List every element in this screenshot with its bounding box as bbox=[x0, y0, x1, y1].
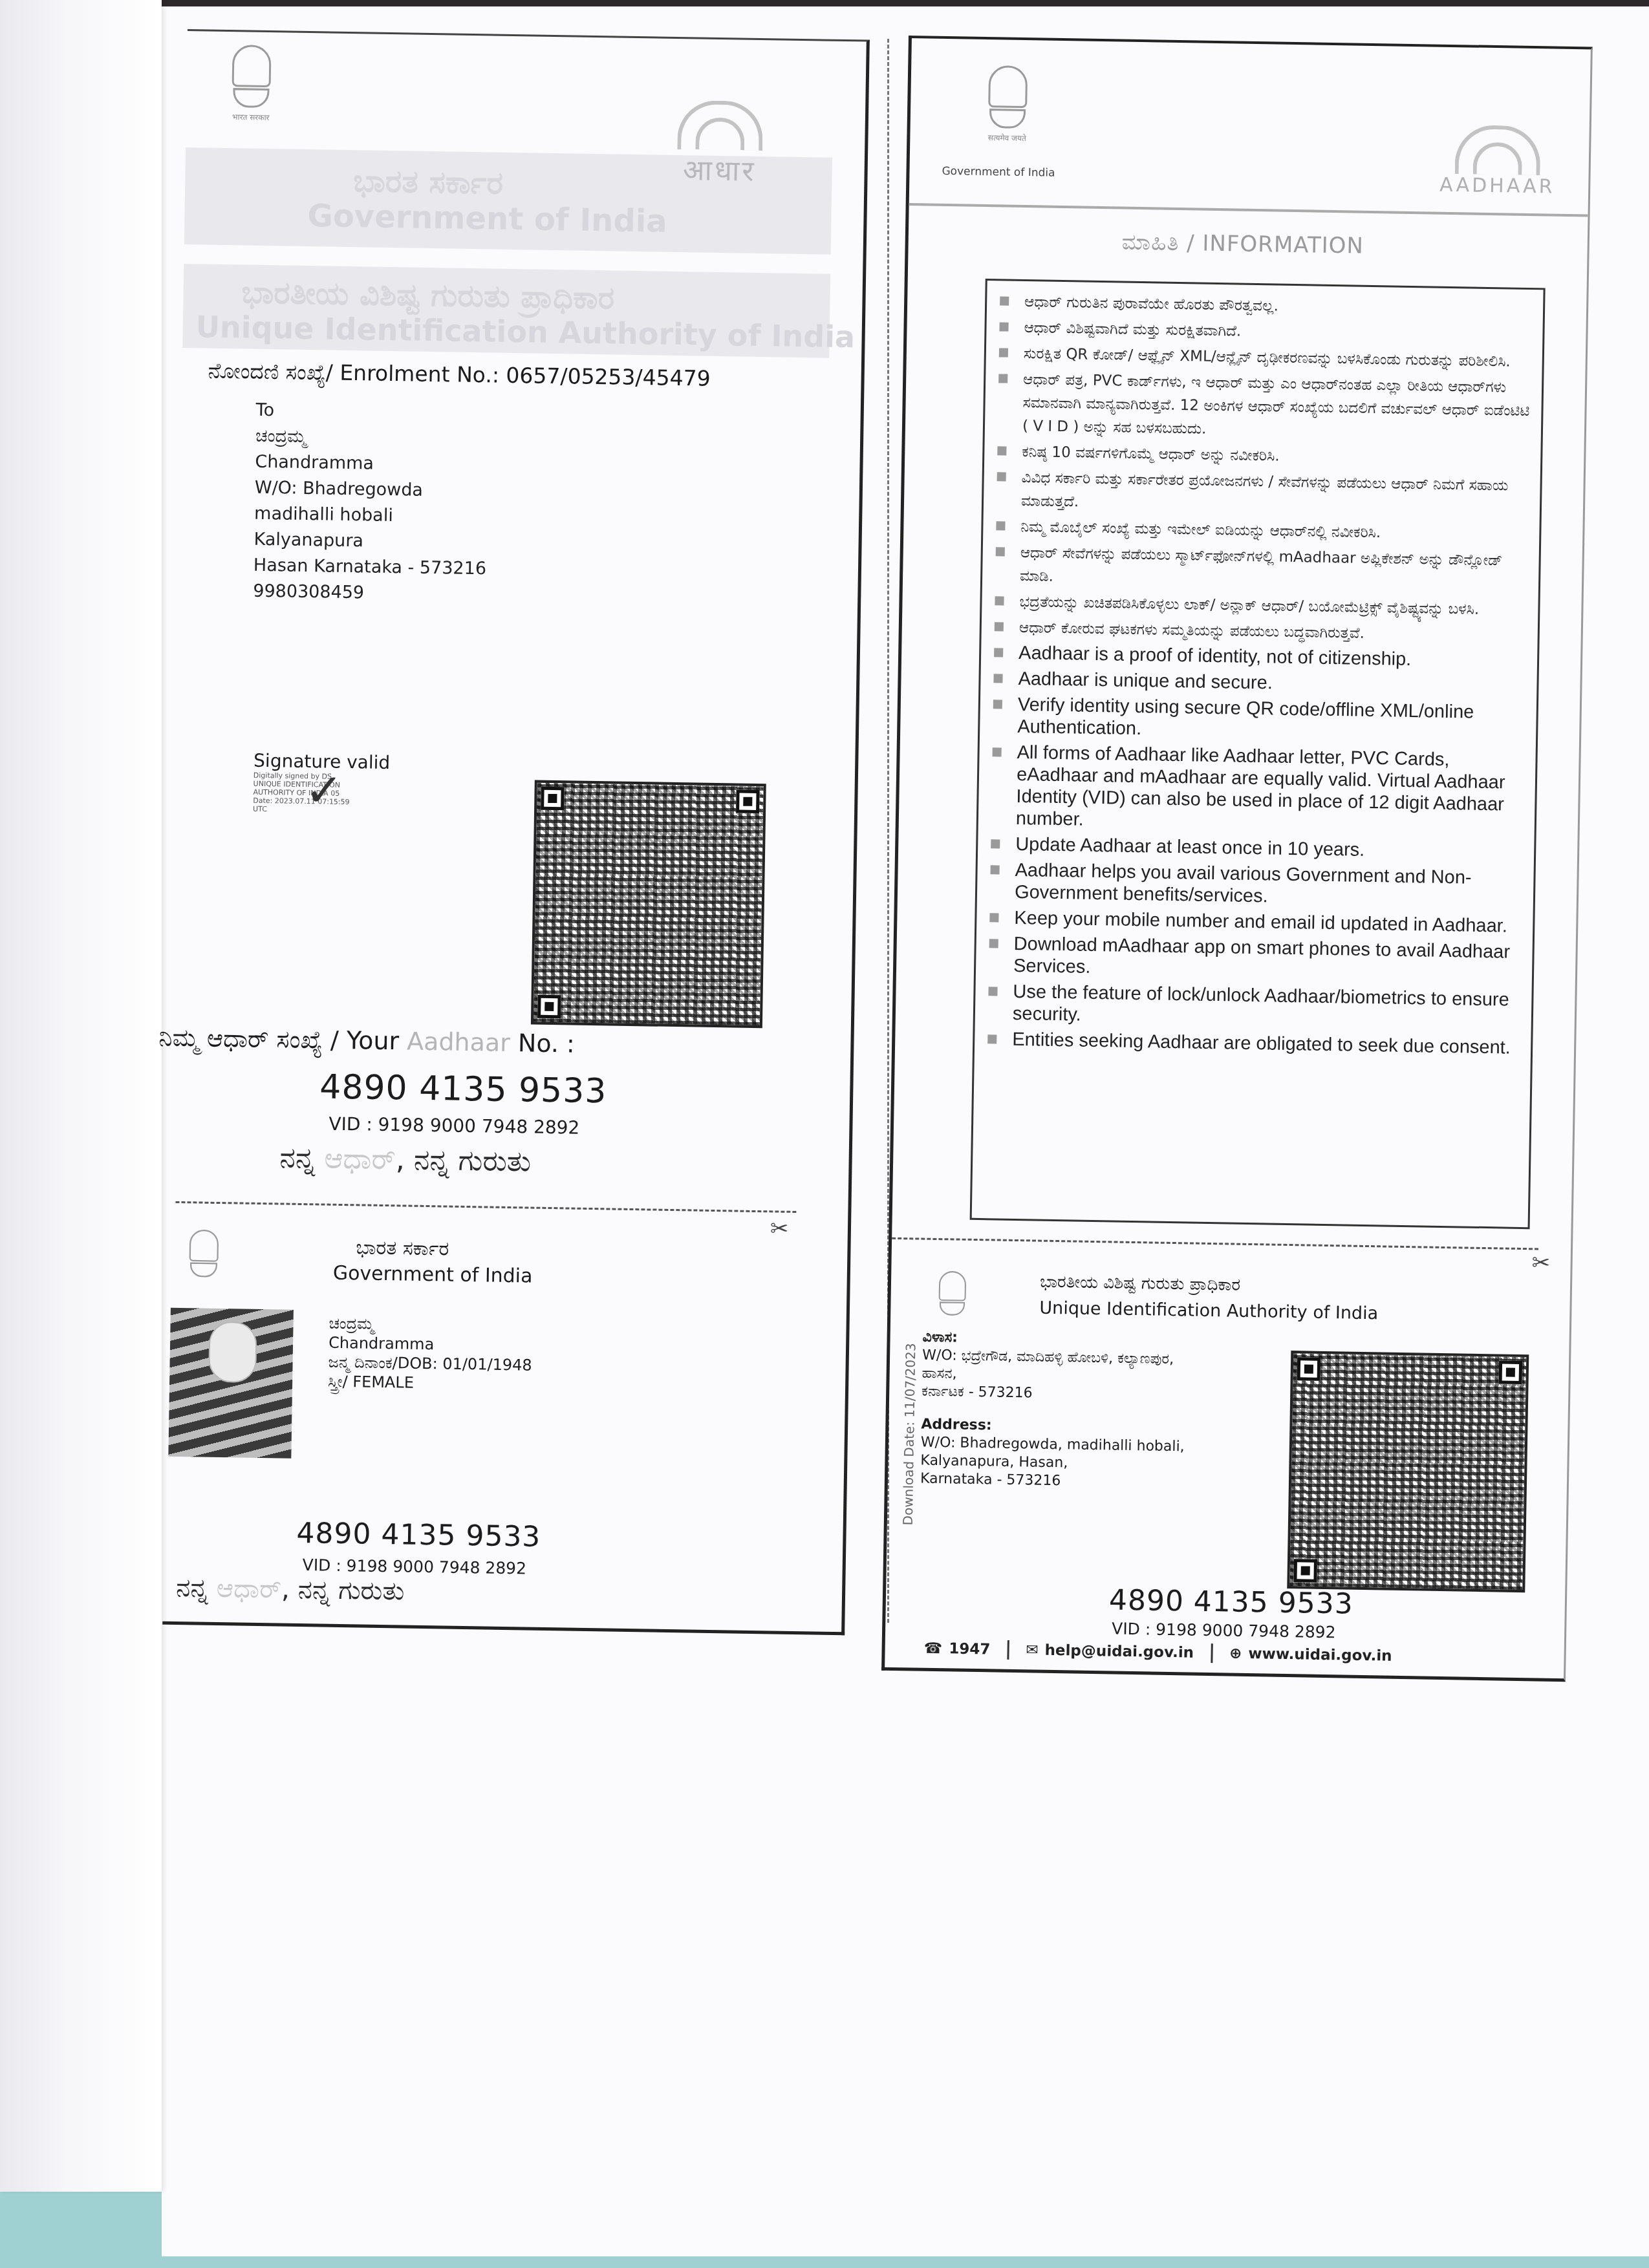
aadhaar-letter-left: भारत सरकार आधार ಭಾರತ ಸರ್ಕಾರ Government o… bbox=[162, 29, 870, 1635]
information-list: ಆಧಾರ್ ಗುರುತಿನ ಪುರಾವೆಯೇ ಹೊರತು ಪೌರತ್ವವಲ್ಲ.… bbox=[975, 281, 1544, 1059]
holder-details: ಚಂದ್ರಮ್ಮ Chandramma ಜನ್ಮ ದಿನಾಂಕ/DOB: 01/… bbox=[328, 1314, 533, 1395]
info-item-en: Download mAadhaar app on smart phones to… bbox=[989, 932, 1521, 985]
folded-page-edge bbox=[0, 0, 162, 2192]
info-item-en: Entities seeking Aadhaar are obligated t… bbox=[987, 1028, 1519, 1059]
enrolment-label: ನೋಂದಣಿ ಸಂಖ್ಯೆ/ Enrolment No.: bbox=[208, 358, 499, 388]
tagline: ನನ್ನ ಆಧಾರ್, ನನ್ನ ಗುರುತು bbox=[279, 1141, 531, 1178]
info-item-en: Keep your mobile number and email id upd… bbox=[989, 906, 1521, 937]
qr-code bbox=[531, 780, 766, 1029]
holder-dob: ಜನ್ಮ ದಿನಾಂಕ/DOB: 01/01/1948 bbox=[328, 1353, 532, 1375]
telephone-icon: ☎ bbox=[923, 1640, 942, 1657]
back-authority-en: Unique Identification Authority of India bbox=[1039, 1298, 1378, 1324]
scissors-icon: ✂ bbox=[1531, 1250, 1550, 1276]
fingerprint-icon bbox=[677, 100, 763, 151]
address-kn-block: ವಿಳಾಸ: W/O: ಭದ್ರೇಗೌಡ, ಮಾದಿಹಳ್ಳಿ ಹೋಬಳಿ, ಕ… bbox=[921, 1329, 1174, 1405]
info-item-en: Aadhaar is unique and secure. bbox=[993, 667, 1525, 698]
name-en: Chandramma bbox=[255, 449, 488, 479]
your-aadhaar-no-label: ನಿಮ್ಮ ಆಧಾರ್ ಸಂಖ್ಯೆ / Your Aadhaar No. : bbox=[158, 1023, 575, 1058]
name-kn: ಚಂದ್ರಮ್ಮ bbox=[255, 423, 489, 453]
back-vid-number: VID : 9198 9000 7948 2892 bbox=[1112, 1620, 1336, 1642]
info-item-en: Update Aadhaar at least once in 10 years… bbox=[991, 833, 1522, 864]
national-emblem-icon: सत्यमेव जयते bbox=[981, 65, 1034, 144]
checkmark-icon: ✓ bbox=[305, 764, 343, 817]
mobile-number: 9980308459 bbox=[253, 579, 486, 608]
fingerprint-icon bbox=[1455, 125, 1541, 175]
holder-name-en: Chandramma bbox=[329, 1333, 533, 1356]
divider bbox=[1211, 1643, 1212, 1663]
address-line: Kalyanapura bbox=[253, 527, 487, 557]
aadhaar-info-right: सत्यमेव जयते Government of India AADHAAR… bbox=[881, 36, 1593, 1682]
aadhaar-number: 4890 4135 9533 bbox=[319, 1067, 607, 1111]
info-item-en: Aadhaar helps you avail various Governme… bbox=[990, 859, 1522, 912]
info-item-en: Verify identity using secure QR code/off… bbox=[993, 693, 1525, 746]
address-line: madihalli hobali bbox=[254, 501, 488, 531]
information-list-box: ಆಧಾರ್ ಗುರುತಿನ ಪುರಾವೆಯೇ ಹೊರತು ಪೌರತ್ವವಲ್ಲ.… bbox=[970, 279, 1546, 1229]
address-en-line: Karnataka - 573216 bbox=[920, 1470, 1184, 1493]
national-emblem-icon bbox=[934, 1266, 971, 1321]
back-authority-kn: ಭಾರತೀಯ ವಿಶಿಷ್ಟ ಗುರುತು ಪ್ರಾಧಿಕಾರ bbox=[1040, 1272, 1240, 1296]
info-item-kn: ಆಧಾರ್ ಪತ್ರ, PVC ಕಾರ್ಡ್‌ಗಳು, ಇ ಆಧಾರ್ ಮತ್ತ… bbox=[998, 367, 1531, 446]
website-link[interactable]: ⊕www.uidai.gov.in bbox=[1229, 1645, 1392, 1665]
vid-number: VID : 9198 9000 7948 2892 bbox=[329, 1113, 579, 1139]
national-emblem-icon: भारत सरकार bbox=[225, 45, 278, 123]
header-divider bbox=[909, 203, 1588, 217]
to-label: To bbox=[255, 398, 489, 427]
contact-footer: ☎1947 ✉help@uidai.gov.in ⊕www.uidai.gov.… bbox=[923, 1639, 1392, 1666]
download-date: Download Date: 11/07/2023 bbox=[900, 1343, 919, 1525]
info-item-en: Use the feature of lock/unlock Aadhaar/b… bbox=[988, 980, 1520, 1033]
enrolment-number: 0657/05253/45479 bbox=[506, 363, 711, 391]
cut-line bbox=[892, 1237, 1538, 1250]
info-item-kn: ಆಧಾರ್ ಸೇವೆಗಳನ್ನು ಪಡೆಯಲು ಸ್ಮಾರ್ಟ್‌ಫೋನ್‌ಗಳ… bbox=[995, 540, 1527, 596]
address-kn-line: ಕರ್ನಾಟಕ - 573216 bbox=[921, 1383, 1173, 1405]
national-emblem-icon bbox=[184, 1224, 224, 1283]
faded-header-en: Government of India bbox=[307, 198, 667, 240]
front-aadhaar-number: 4890 4135 9533 bbox=[296, 1517, 541, 1554]
holder-gender: ಸ್ತ್ರೀ/ FEMALE bbox=[328, 1372, 532, 1395]
address-line: W/O: Bhadregowda bbox=[255, 475, 488, 505]
digital-signature-block: Signature valid Digitally signed by DS U… bbox=[253, 750, 391, 815]
front-gov-en: Government of India bbox=[333, 1262, 533, 1288]
info-gov-en: Government of India bbox=[942, 165, 1055, 180]
email-link[interactable]: ✉help@uidai.gov.in bbox=[1026, 1642, 1194, 1661]
address-line: Hasan Karnataka - 573216 bbox=[253, 553, 487, 583]
info-title: ಮಾಹಿತಿ / INFORMATION bbox=[1121, 230, 1364, 259]
aadhaar-fingerprint-logo: AADHAAR bbox=[1439, 125, 1556, 198]
info-item-en: All forms of Aadhaar like Aadhaar letter… bbox=[991, 741, 1524, 838]
faded-header-kn: ಭಾರತ ಸರ್ಕಾರ bbox=[353, 163, 503, 202]
address-en-block: Address: W/O: Bhadregowda, madihalli hob… bbox=[920, 1416, 1185, 1493]
front-tagline: ನನ್ನ ಆಧಾರ್, ನನ್ನ ಗುರುತು bbox=[176, 1573, 405, 1607]
enrolment-number-row: ನೋಂದಣಿ ಸಂಖ್ಯೆ/ Enrolment No.: 0657/05253… bbox=[208, 358, 711, 392]
recipient-address: To ಚಂದ್ರಮ್ಮ Chandramma W/O: Bhadregowda … bbox=[253, 398, 489, 608]
back-aadhaar-number: 4890 4135 9533 bbox=[1108, 1583, 1353, 1620]
globe-icon: ⊕ bbox=[1229, 1645, 1242, 1662]
scissors-icon: ✂ bbox=[770, 1215, 789, 1241]
helpline[interactable]: ☎1947 bbox=[923, 1640, 990, 1658]
holder-photo bbox=[168, 1308, 294, 1459]
front-gov-kn: ಭಾರತ ಸರ್ಕಾರ bbox=[356, 1236, 449, 1260]
envelope-icon: ✉ bbox=[1026, 1642, 1039, 1658]
cut-line bbox=[175, 1201, 796, 1213]
divider bbox=[1007, 1640, 1009, 1660]
info-item-kn: ವಿವಿಧ ಸರ್ಕಾರಿ ಮತ್ತು ಸರ್ಕಾರೇತರ ಪ್ರಯೋಜನಗಳು… bbox=[997, 465, 1529, 521]
holder-name-kn: ಚಂದ್ರಮ್ಮ bbox=[329, 1314, 533, 1336]
front-vid-number: VID : 9198 9000 7948 2892 bbox=[302, 1556, 526, 1578]
back-qr-code bbox=[1287, 1351, 1529, 1592]
